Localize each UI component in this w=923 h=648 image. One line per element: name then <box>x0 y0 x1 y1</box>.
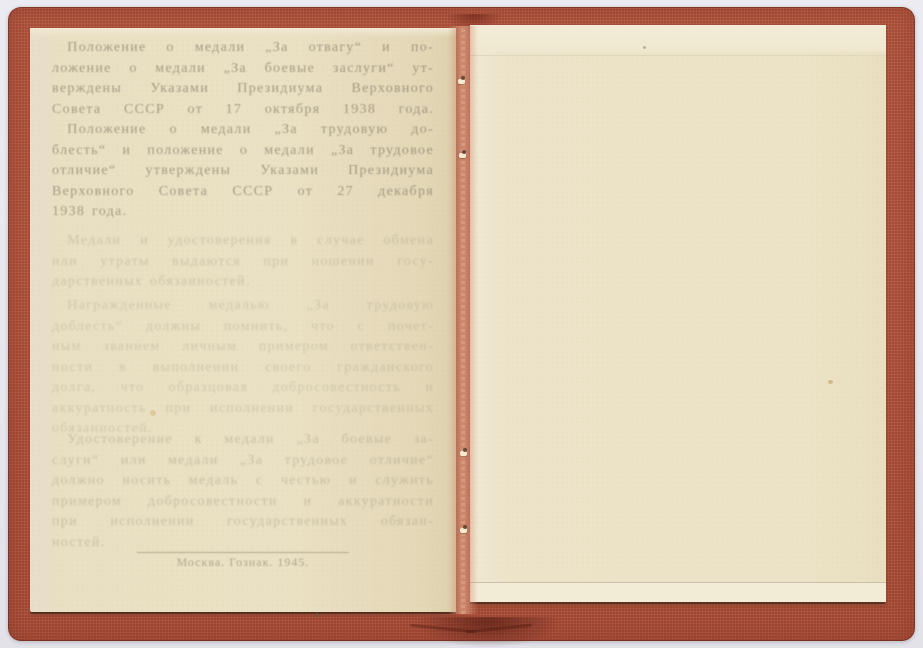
text-line: 1938 года. <box>52 202 434 223</box>
stitch-hole-dot <box>461 76 465 80</box>
text-line: или утраты выдаются при ношении госу- <box>52 252 434 273</box>
showthrough-faint-paragraph-2: Награжденные медалью „За трудовуюдоблест… <box>52 296 434 440</box>
text-line: блесть“ и положение о медали „За трудово… <box>52 141 434 162</box>
text-line: Верховного Совета СССР от 27 декабря <box>52 182 434 203</box>
text-line: Положение о медали „За трудовую до- <box>52 120 434 141</box>
spine-pinch-bottom <box>416 617 560 647</box>
paper-speck <box>315 613 319 617</box>
photo-of-open-booklet: Положение о медали „За отвагу“ и по-ложе… <box>0 0 923 648</box>
text-line: верждены Указами Президиума Верховного <box>52 79 434 100</box>
text-line: ложение о медали „За боевые заслуги“ ут- <box>52 59 434 80</box>
stitch-hole <box>461 150 467 158</box>
text-line: ностей. <box>52 533 434 554</box>
showthrough-faint-paragraph-3: Удостоверение к медали „За боевые за-слу… <box>52 430 434 553</box>
text-line: ности в выполнении своего гражданского <box>52 358 434 379</box>
text-line: дарственных обязанностей. <box>52 272 434 293</box>
text-line: Награжденные медалью „За трудовую <box>52 296 434 317</box>
text-line: должно носить медаль с честью и служить <box>52 471 434 492</box>
publisher-imprint: Москва. Гознак. 1945. <box>30 552 456 570</box>
paper-speck <box>643 46 646 49</box>
showthrough-faint-paragraph-1: Медали и удостоверения в случае обменаил… <box>52 231 434 293</box>
left-page: Положение о медали „За отвагу“ и по-ложе… <box>30 28 456 612</box>
text-line: слуги“ или медали „За трудовое отличие“ <box>52 451 434 472</box>
text-line: ным званием личным примером ответствен- <box>52 337 434 358</box>
text-line: аккуратность при исполнении государствен… <box>52 399 434 420</box>
text-line: при исполнении государственных обязан- <box>52 512 434 533</box>
stitch-hole-dot <box>462 150 466 154</box>
stitch-hole-dot <box>463 525 467 529</box>
text-line: отличие“ утверждены Указами Президиума <box>52 161 434 182</box>
text-line: Совета СССР от 17 октября 1938 года. <box>52 100 434 121</box>
paper-stain <box>150 410 156 416</box>
stitch-hole <box>462 448 468 456</box>
stitch-hole <box>460 76 466 84</box>
text-line: долга, что образцовая добросовестность и <box>52 378 434 399</box>
underlying-page-edge <box>470 582 886 602</box>
text-line: Медали и удостоверения в случае обмена <box>52 231 434 252</box>
text-line: доблесть“ должны помнить, что с почет- <box>52 317 434 338</box>
showthrough-statute-text: Положение о медали „За отвагу“ и по-ложе… <box>52 38 434 223</box>
imprint-text: Москва. Гознак. 1945. <box>30 555 456 570</box>
text-line: примером добросовестности и аккуратности <box>52 492 434 513</box>
right-page <box>470 25 886 602</box>
text-line: Удостоверение к медали „За боевые за- <box>52 430 434 451</box>
text-line: Положение о медали „За отвагу“ и по- <box>52 38 434 59</box>
stitch-hole-dot <box>463 448 467 452</box>
stitch-hole <box>462 525 468 533</box>
paper-stain <box>828 380 833 384</box>
right-page-top-edge <box>470 25 886 56</box>
left-page-top-edge <box>30 28 456 38</box>
imprint-rule <box>137 552 349 553</box>
